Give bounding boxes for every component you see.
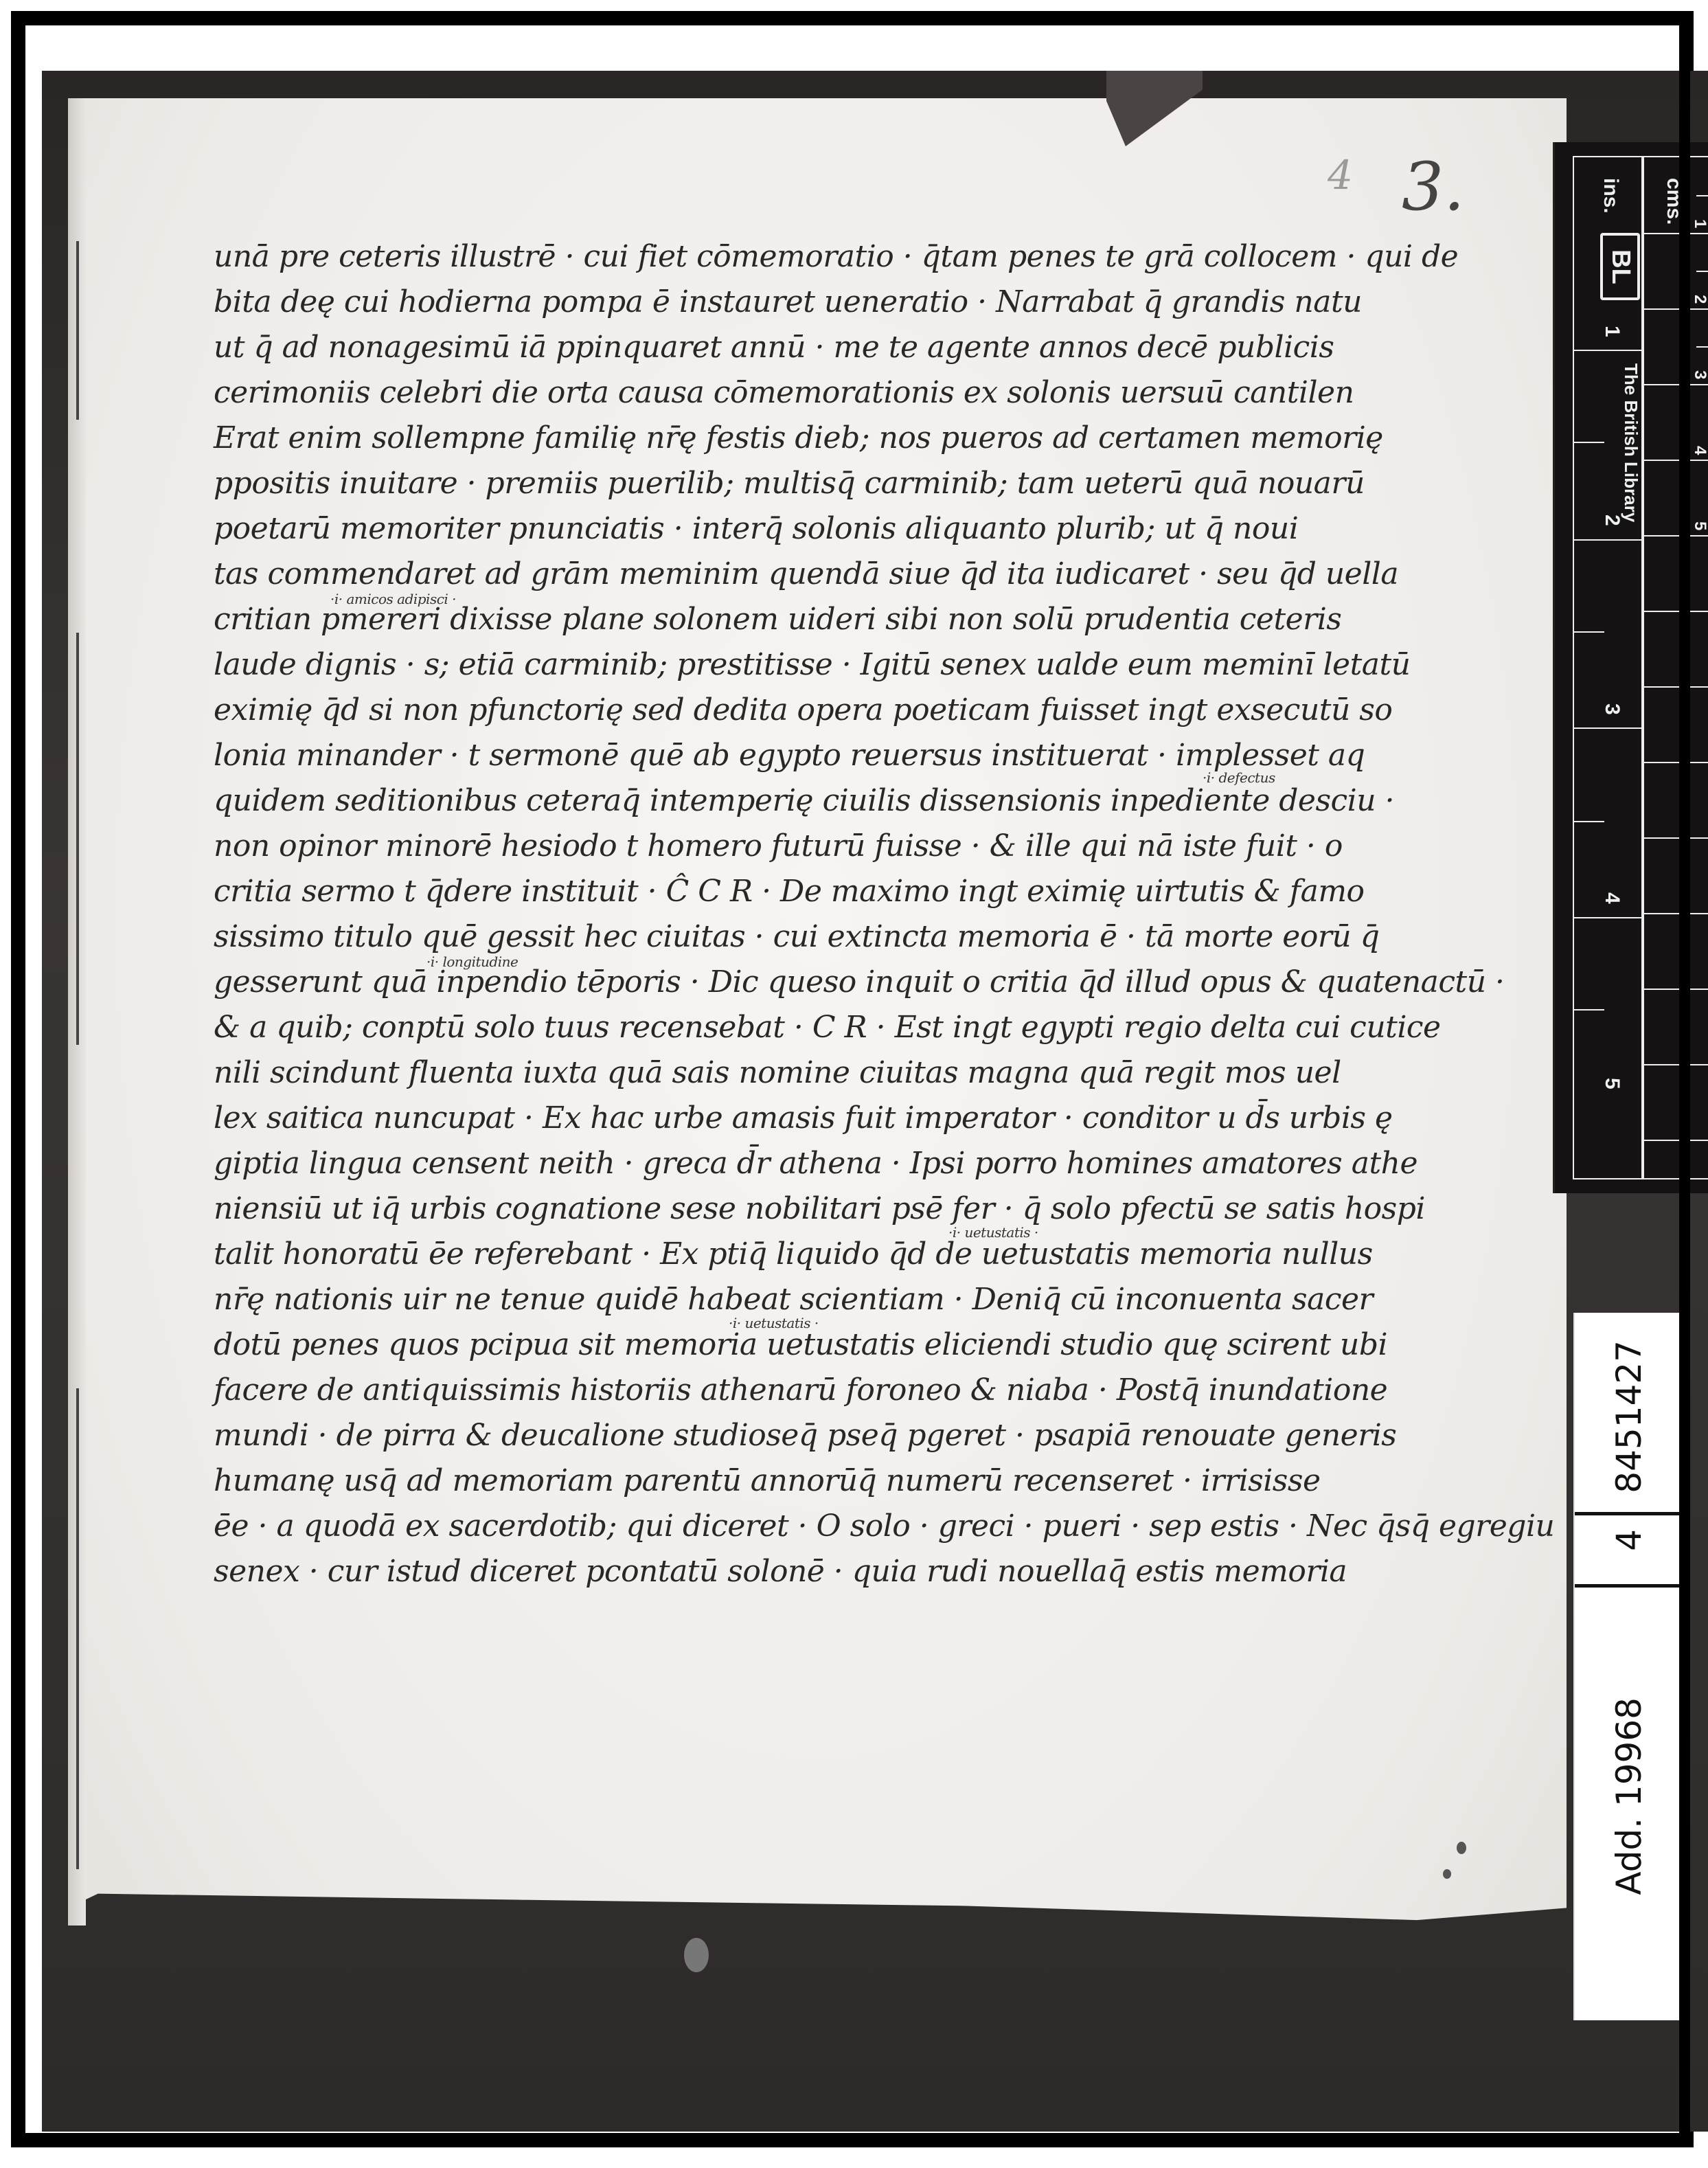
text-line-content: gesserunt quā inpendio tēporis · Dic que… xyxy=(214,964,1505,1000)
scale-ruler: ins. BL 1 The British Library 2 3 4 5 cm… xyxy=(1553,142,1708,1193)
text-line: Erat enim sollempne familię nr̄ę festis … xyxy=(214,416,1326,461)
text-line: non opinor minorē hesiodo t homero futur… xyxy=(214,824,1326,869)
shelfmark-text: Add. 19968 xyxy=(1609,1697,1649,1895)
inch-mark: 4 xyxy=(1600,892,1624,904)
half-inch-tick xyxy=(1574,821,1604,822)
ruler-brand: The British Library xyxy=(1620,363,1641,522)
sewing-thread xyxy=(76,1388,79,1869)
interlinear-gloss: ·i· uetustatis · xyxy=(948,1210,1038,1255)
inch-line xyxy=(1574,727,1641,729)
text-line: ·i· uetustatis · dotū penes quos pcipua … xyxy=(214,1322,1326,1368)
text-line: senex · cur istud diceret pcontatū solon… xyxy=(214,1549,1326,1594)
manuscript-text: unā pre ceteris illustrē · cui fiet cōme… xyxy=(214,234,1326,1594)
inch-mark: 1 xyxy=(1600,326,1624,337)
reference-number: 8451427 xyxy=(1609,1340,1649,1493)
cm-line xyxy=(1644,1140,1708,1141)
folio-number-pencil: 4 xyxy=(1328,152,1353,199)
inch-mark: 5 xyxy=(1600,1078,1624,1089)
interlinear-gloss: ·i· longitudine xyxy=(426,939,518,984)
interlinear-gloss: ·i· amicos adipisci · xyxy=(330,576,456,622)
text-line: niensiū ut iq̄ urbis cognatione sese nob… xyxy=(214,1186,1326,1232)
text-line: bita deę cui hodierna pompa ē instauret … xyxy=(214,280,1326,325)
half-inch-tick xyxy=(1574,442,1604,443)
sewing-thread xyxy=(76,633,79,1045)
text-line: & a quib; conptū solo tuus recensebat · … xyxy=(214,1005,1326,1050)
cms-label: cms. xyxy=(1662,178,1685,225)
british-library-logo-icon: BL xyxy=(1600,233,1640,300)
text-line: ·i· longitudine gesserunt quā inpendio t… xyxy=(214,960,1326,1005)
cm-mark: 4 xyxy=(1690,446,1708,455)
sewing-thread xyxy=(76,241,79,420)
cm-line xyxy=(1644,611,1708,612)
half-inch-tick xyxy=(1574,1009,1604,1010)
cm-line xyxy=(1644,1064,1708,1065)
inches-label: ins. xyxy=(1599,178,1622,214)
interlinear-gloss: ·i· uetustatis · xyxy=(729,1300,819,1346)
cm-mark: 3 xyxy=(1690,370,1708,379)
cm-line xyxy=(1644,837,1708,839)
ruler-cms-column: cms. 1 2 3 4 5 xyxy=(1643,156,1708,1179)
ruler-inches-column: ins. BL 1 The British Library 2 3 4 5 xyxy=(1573,156,1643,1179)
cm-mark: 1 xyxy=(1690,219,1708,228)
label-cell-reference: 8451427 xyxy=(1575,1313,1681,1515)
folio-number-ink: 3. xyxy=(1402,148,1465,225)
text-line: cerimoniis celebri die orta causa cōmemo… xyxy=(214,370,1326,416)
text-line: nili scindunt fluenta iuxta quā sais nom… xyxy=(214,1050,1326,1096)
text-line: laude dignis · s; etiā carminib; prestit… xyxy=(214,642,1326,688)
text-line: unā pre ceteris illustrē · cui fiet cōme… xyxy=(214,234,1326,280)
text-line: ēe · a quodā ex sacerdotib; qui diceret … xyxy=(214,1504,1326,1549)
text-line: lonia minander · t sermonē quē ab egypto… xyxy=(214,733,1326,778)
photo-frame: 4 3. unā pre ceteris illustrē · cui fiet… xyxy=(11,11,1694,2147)
half-cm-tick xyxy=(1696,195,1708,196)
text-line: mundi · de pirra & deucalione studioseq̄… xyxy=(214,1413,1326,1458)
label-cell-folio: 4 xyxy=(1575,1515,1681,1588)
logo-text: BL xyxy=(1606,249,1635,284)
cm-line xyxy=(1644,233,1708,234)
text-line: ·i· uetustatis · talit honoratū ēe refer… xyxy=(214,1232,1326,1277)
cm-mark: 2 xyxy=(1690,295,1708,304)
text-line: lex saitica nuncupat · Ex hac urbe amasi… xyxy=(214,1096,1326,1141)
label-folio: 4 xyxy=(1609,1529,1649,1551)
cm-mark: 5 xyxy=(1690,521,1708,530)
cm-line xyxy=(1644,989,1708,990)
text-line: ut q̄ ad nonagesimū iā ppinquaret annū ·… xyxy=(214,325,1326,370)
interlinear-gloss: ·i· defectus xyxy=(1203,755,1275,800)
stain-mark xyxy=(1443,1869,1451,1879)
text-line-content: talit honoratū ēe referebant · Ex ptiq̄ … xyxy=(214,1237,1373,1272)
stain-mark xyxy=(1457,1842,1466,1854)
cm-line xyxy=(1644,384,1708,385)
text-line: facere de antiquissimis historiis athena… xyxy=(214,1368,1326,1413)
stain-mark xyxy=(684,1938,709,1972)
text-line: humanę usq̄ ad memoriam parentū annorūq̄… xyxy=(214,1458,1326,1504)
inch-line xyxy=(1574,917,1641,918)
text-line: critia sermo t q̄dere instituit · Ĉ C R … xyxy=(214,869,1326,914)
cm-line xyxy=(1644,460,1708,461)
text-line: eximię q̄d si non pfunctorię sed dedita … xyxy=(214,688,1326,733)
half-cm-tick xyxy=(1696,346,1708,348)
inch-mark: 3 xyxy=(1600,703,1624,715)
text-line: poetarū memoriter pnunciatis · interq̄ s… xyxy=(214,506,1326,552)
text-line: ppositis inuitare · premiis puerilib; mu… xyxy=(214,461,1326,506)
cm-line xyxy=(1644,913,1708,914)
cm-line xyxy=(1644,308,1708,310)
text-line: ·i· defectus quidem seditionibus ceteraq… xyxy=(214,778,1326,824)
cm-line xyxy=(1644,535,1708,537)
inch-line xyxy=(1574,350,1641,351)
text-line: giptia lingua censent neith · greca d̄r … xyxy=(214,1141,1326,1186)
inch-line xyxy=(1574,539,1641,541)
shelfmark-label: 8451427 4 Add. 19968 xyxy=(1573,1313,1681,2020)
text-line: ·i· amicos adipisci · critian pmereri di… xyxy=(214,597,1326,642)
half-inch-tick xyxy=(1574,631,1604,633)
cm-line xyxy=(1644,762,1708,763)
inch-mark: 2 xyxy=(1600,515,1624,526)
cm-line xyxy=(1644,686,1708,688)
half-cm-tick xyxy=(1696,271,1708,272)
text-line: sissimo titulo quē gessit hec ciuitas · … xyxy=(214,914,1326,960)
